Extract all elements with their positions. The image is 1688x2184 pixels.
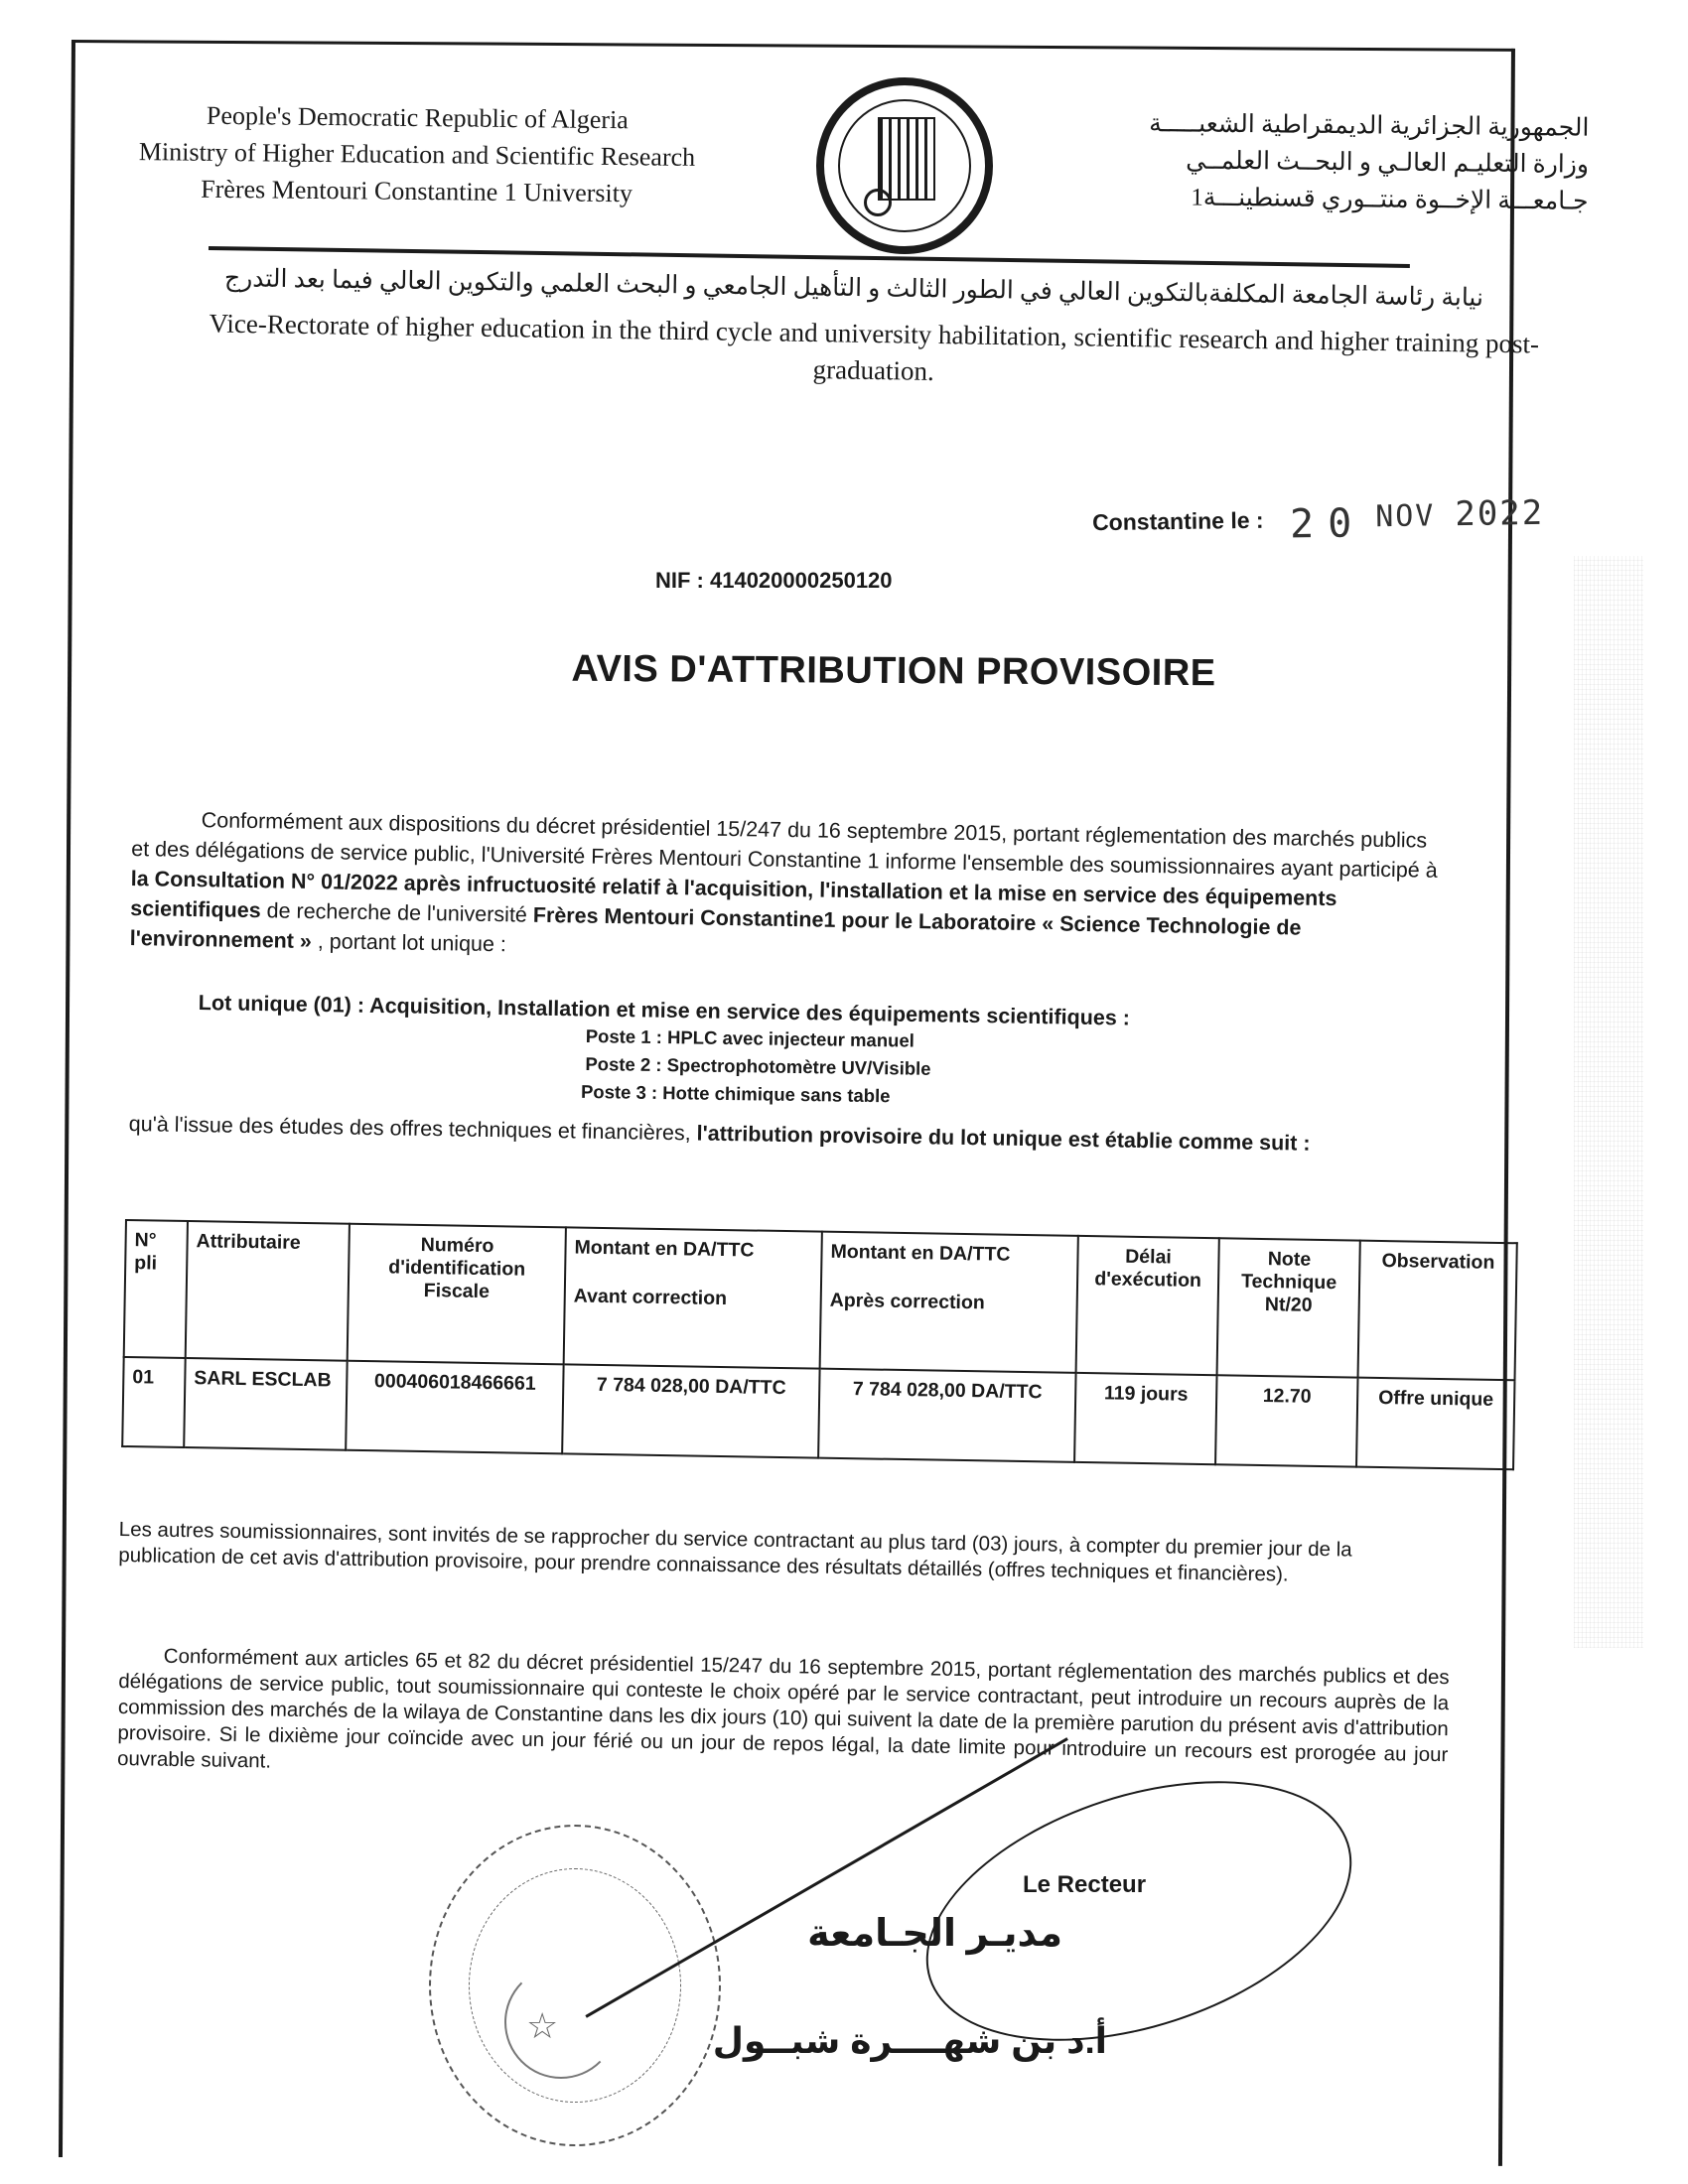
table-header-row: N° pli Attributaire Numéro d'identificat… xyxy=(124,1220,1517,1380)
col-observation: Observation xyxy=(1358,1241,1517,1381)
header-ministry: Ministry of Higher Education and Scienti… xyxy=(99,133,735,177)
col-nif: Numéro d'identification Fiscale xyxy=(348,1224,566,1365)
attribution-table: N° pli Attributaire Numéro d'identificat… xyxy=(121,1219,1518,1470)
paragraph-intro: Conformément aux dispositions du décret … xyxy=(130,804,1443,975)
scan-noise xyxy=(1574,556,1643,1648)
col-delai: Délai d'exécution xyxy=(1076,1236,1219,1375)
cell-no: 01 xyxy=(122,1357,185,1447)
crescent-icon xyxy=(504,1966,618,2079)
postes-list: Poste 1 : HPLC avec injecteur manuel Pos… xyxy=(585,1023,931,1111)
date-stamp: 20NOV2022 xyxy=(1290,493,1545,537)
star-icon: ☆ xyxy=(526,2005,558,2047)
header-ministry-ar: وزارة التعليـم العالـي و البحــث العلمــ… xyxy=(1072,141,1589,183)
col-note: Note Technique Nt/20 xyxy=(1217,1238,1360,1377)
official-seal-icon: ☆ xyxy=(429,1825,721,2146)
header-left: People's Democratic Republic of Algeria … xyxy=(98,96,735,213)
signatory-name-ar: أ.د بن شهــــرة شبــول xyxy=(740,2020,1107,2062)
header-country-ar: الجمهورية الجزائرية الديمقراطية الشعبـــ… xyxy=(1072,104,1589,146)
cell-delai: 119 jours xyxy=(1074,1373,1216,1464)
date-day: 20 xyxy=(1290,500,1366,547)
list-item: Poste 3 : Hotte chimique sans table xyxy=(581,1078,931,1111)
col-attributaire: Attributaire xyxy=(186,1221,350,1361)
date-month: NOV xyxy=(1375,498,1436,534)
magnifier-icon xyxy=(864,189,892,216)
col-no-pli: N° pli xyxy=(124,1220,188,1358)
header-right-arabic: الجمهورية الجزائرية الديمقراطية الشعبـــ… xyxy=(1071,104,1589,219)
cell-nif: 000406018466661 xyxy=(346,1361,563,1454)
header-university: Frères Mentouri Constantine 1 University xyxy=(98,170,734,213)
col-montant-apres: Montant en DA/TTC Après correction xyxy=(820,1232,1078,1373)
cell-montant-avant: 7 784 028,00 DA/TTC xyxy=(562,1364,819,1457)
signatory-title-ar: مديـر الجـامعة xyxy=(755,1911,1062,1956)
cell-observation: Offre unique xyxy=(1356,1378,1514,1470)
date-label: Constantine le : xyxy=(1092,507,1264,535)
cell-montant-apres: 7 784 028,00 DA/TTC xyxy=(818,1369,1075,1462)
cell-attributaire: SARL ESCLAB xyxy=(184,1358,347,1450)
col-montant-avant: Montant en DA/TTC Avant correction xyxy=(564,1227,822,1368)
signatory-title: Le Recteur xyxy=(1023,1871,1146,1899)
university-logo-icon xyxy=(816,77,993,254)
date-year: 2022 xyxy=(1455,493,1544,534)
paragraph-appeal: Conformément aux articles 65 et 82 du dé… xyxy=(117,1643,1450,1794)
cell-note: 12.70 xyxy=(1215,1375,1357,1466)
header-university-ar: جـامعـــة الإخــوة منتــوري قسنطينـــة1 xyxy=(1071,178,1588,219)
nif-number: NIF : 414020000250120 xyxy=(655,568,893,594)
page-title: AVIS D'ATTRIBUTION PROVISOIRE xyxy=(318,646,1470,697)
date-line: Constantine le : 20NOV2022 xyxy=(1092,488,1545,540)
